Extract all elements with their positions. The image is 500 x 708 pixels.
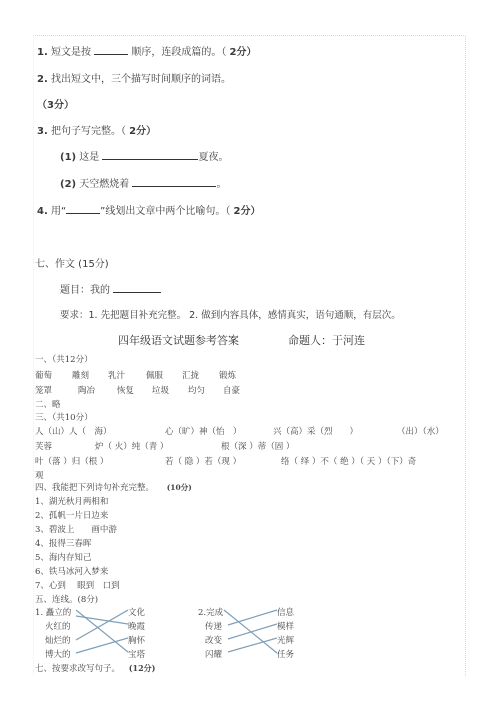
match-line	[228, 610, 277, 625]
match-line	[228, 638, 277, 652]
section-7-heading: 七、按要求改写句子。 (12分)	[35, 662, 155, 674]
match-line	[76, 616, 128, 624]
matching-lines	[0, 0, 500, 708]
match-line	[76, 610, 128, 640]
match-line	[228, 624, 277, 639]
